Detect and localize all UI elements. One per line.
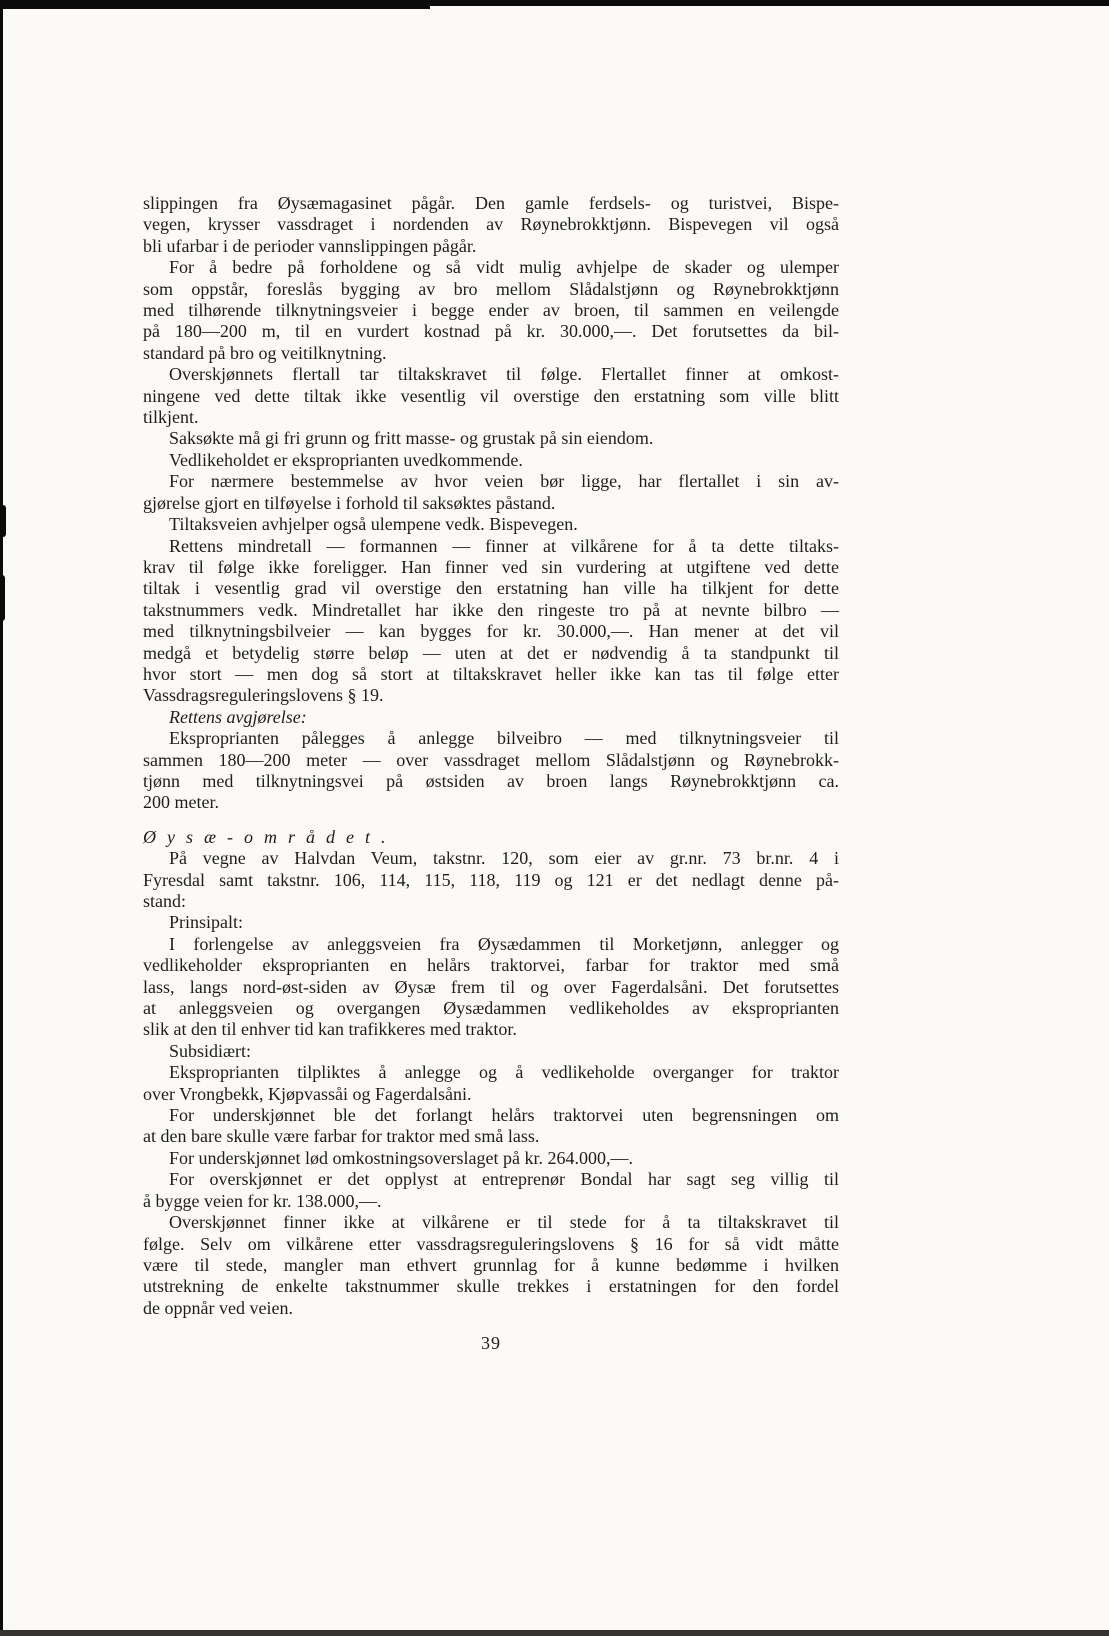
text-line: Vassdragsreguleringslovens § 19.	[143, 685, 839, 706]
text-line: medgå et betydelig større beløp — uten a…	[143, 643, 839, 664]
text-line: hvor stort — men dog så stort at tiltaks…	[143, 664, 839, 685]
text-line: tilkjent.	[143, 407, 839, 428]
text-line: slik at den til enhver tid kan trafikker…	[143, 1019, 839, 1040]
text-line: På vegne av Halvdan Veum, takstnr. 120, …	[143, 848, 839, 869]
text-line: vegen, krysser vassdraget i nordenden av…	[143, 214, 839, 235]
text-line: Eksproprianten tilpliktes å anlegge og å…	[143, 1062, 839, 1083]
paragraph: Vedlikeholdet er eksproprianten uvedkomm…	[143, 450, 839, 471]
paragraph: For overskjønnet er det opplyst at entre…	[143, 1169, 839, 1212]
paragraph: I forlengelse av anleggsveien fra Øysæda…	[143, 934, 839, 1041]
text-line: over Vrongbekk, Kjøpvassåi og Fagerdalså…	[143, 1084, 839, 1105]
text-line: følge. Selv om vilkårene etter vassdrags…	[143, 1234, 839, 1255]
scan-edge-bottom	[0, 1630, 1109, 1636]
text-line: Eksproprianten pålegges å anlegge bilvei…	[143, 728, 839, 749]
text-line: For underskjønnet lød omkostningsoversla…	[143, 1148, 839, 1169]
text-line: Rettens avgjørelse:	[143, 707, 839, 728]
paragraph: Overskjønnet finner ikke at vilkårene er…	[143, 1212, 839, 1319]
paragraph: Eksproprianten pålegges å anlegge bilvei…	[143, 728, 839, 814]
text-line: For å bedre på forholdene og så vidt mul…	[143, 257, 839, 278]
scan-edge-top-left	[0, 6, 430, 9]
page-number: 39	[143, 1333, 839, 1354]
text-line: lass, langs nord-øst-siden av Øysæ frem …	[143, 977, 839, 998]
text-line: Subsidiært:	[143, 1041, 839, 1062]
text-line: Tiltaksveien avhjelper også ulempene ved…	[143, 514, 839, 535]
paragraph: Subsidiært:	[143, 1041, 839, 1062]
text-line: krav til følge ikke foreligger. Han finn…	[143, 557, 839, 578]
paragraph: Overskjønnets flertall tar tiltakskravet…	[143, 364, 839, 428]
text-line: standard på bro og veitilknytning.	[143, 343, 839, 364]
section-heading: Øysæ-området.	[143, 827, 839, 848]
text-line: at den bare skulle være farbar for trakt…	[143, 1126, 839, 1147]
text-line: vedlikeholder eksproprianten en helårs t…	[143, 955, 839, 976]
text-line: på 180—200 m, til en vurdert kostnad på …	[143, 321, 839, 342]
scan-edge-left-bump	[0, 575, 5, 621]
text-line: Rettens mindretall — formannen — finner …	[143, 536, 839, 557]
paragraph: Rettens mindretall — formannen — finner …	[143, 536, 839, 707]
paragraph: slippingen fra Øysæmagasinet pågår. Den …	[143, 193, 839, 257]
text-line: slippingen fra Øysæmagasinet pågår. Den …	[143, 193, 839, 214]
text-line: Prinsipalt:	[143, 912, 839, 933]
text-line: sammen 180—200 meter — over vassdraget m…	[143, 750, 839, 771]
text-line: Overskjønnets flertall tar tiltakskravet…	[143, 364, 839, 385]
text-line: bli ufarbar i de perioder vannslippingen…	[143, 236, 839, 257]
document-text-block: slippingen fra Øysæmagasinet pågår. Den …	[143, 193, 839, 1355]
text-line: ningene ved dette tiltak ikke vesentlig …	[143, 386, 839, 407]
text-line: at anleggsveien og overgangen Øysædammen…	[143, 998, 839, 1019]
scan-edge-left	[0, 0, 3, 1636]
text-line: Overskjønnet finner ikke at vilkårene er…	[143, 1212, 839, 1233]
text-line: utstrekning de enkelte takstnummer skull…	[143, 1276, 839, 1297]
paragraph: For nærmere bestemmelse av hvor veien bø…	[143, 471, 839, 514]
text-line: For underskjønnet ble det forlangt helår…	[143, 1105, 839, 1126]
text-line: For nærmere bestemmelse av hvor veien bø…	[143, 471, 839, 492]
text-line: 200 meter.	[143, 792, 839, 813]
paragraph: Prinsipalt:	[143, 912, 839, 933]
paragraph: Rettens avgjørelse:	[143, 707, 839, 728]
text-line: tiltak i vesentlig grad vil overstige de…	[143, 578, 839, 599]
text-line: gjørelse gjort en tilføyelse i forhold t…	[143, 493, 839, 514]
paragraph: På vegne av Halvdan Veum, takstnr. 120, …	[143, 848, 839, 912]
text-line: Saksøkte må gi fri grunn og fritt masse-…	[143, 428, 839, 449]
text-line: som oppstår, foreslås bygging av bro mel…	[143, 279, 839, 300]
text-line: med tilknytningsbilveier — kan bygges fo…	[143, 621, 839, 642]
text-line: For overskjønnet er det opplyst at entre…	[143, 1169, 839, 1190]
text-line: stand:	[143, 891, 839, 912]
text-line: å bygge veien for kr. 138.000,—.	[143, 1191, 839, 1212]
scan-edge-left-bump	[0, 505, 6, 537]
paragraph: Tiltaksveien avhjelper også ulempene ved…	[143, 514, 839, 535]
paragraph: For underskjønnet lød omkostningsoversla…	[143, 1148, 839, 1169]
text-line: takstnummers vedk. Mindretallet har ikke…	[143, 600, 839, 621]
text-line: de oppnår ved veien.	[143, 1298, 839, 1319]
text-line: være til stede, mangler man ethvert grun…	[143, 1255, 839, 1276]
paragraph: Saksøkte må gi fri grunn og fritt masse-…	[143, 428, 839, 449]
text-line: I forlengelse av anleggsveien fra Øysæda…	[143, 934, 839, 955]
text-line: Vedlikeholdet er eksproprianten uvedkomm…	[143, 450, 839, 471]
text-line: med tilhørende tilknytningsveier i begge…	[143, 300, 839, 321]
text-line: Øysæ-området.	[143, 827, 839, 848]
text-line: tjønn med tilknytningsvei på østsiden av…	[143, 771, 839, 792]
paragraph: For å bedre på forholdene og så vidt mul…	[143, 257, 839, 364]
paragraph: For underskjønnet ble det forlangt helår…	[143, 1105, 839, 1148]
text-line: Fyresdal samt takstnr. 106, 114, 115, 11…	[143, 870, 839, 891]
paragraph: Eksproprianten tilpliktes å anlegge og å…	[143, 1062, 839, 1105]
